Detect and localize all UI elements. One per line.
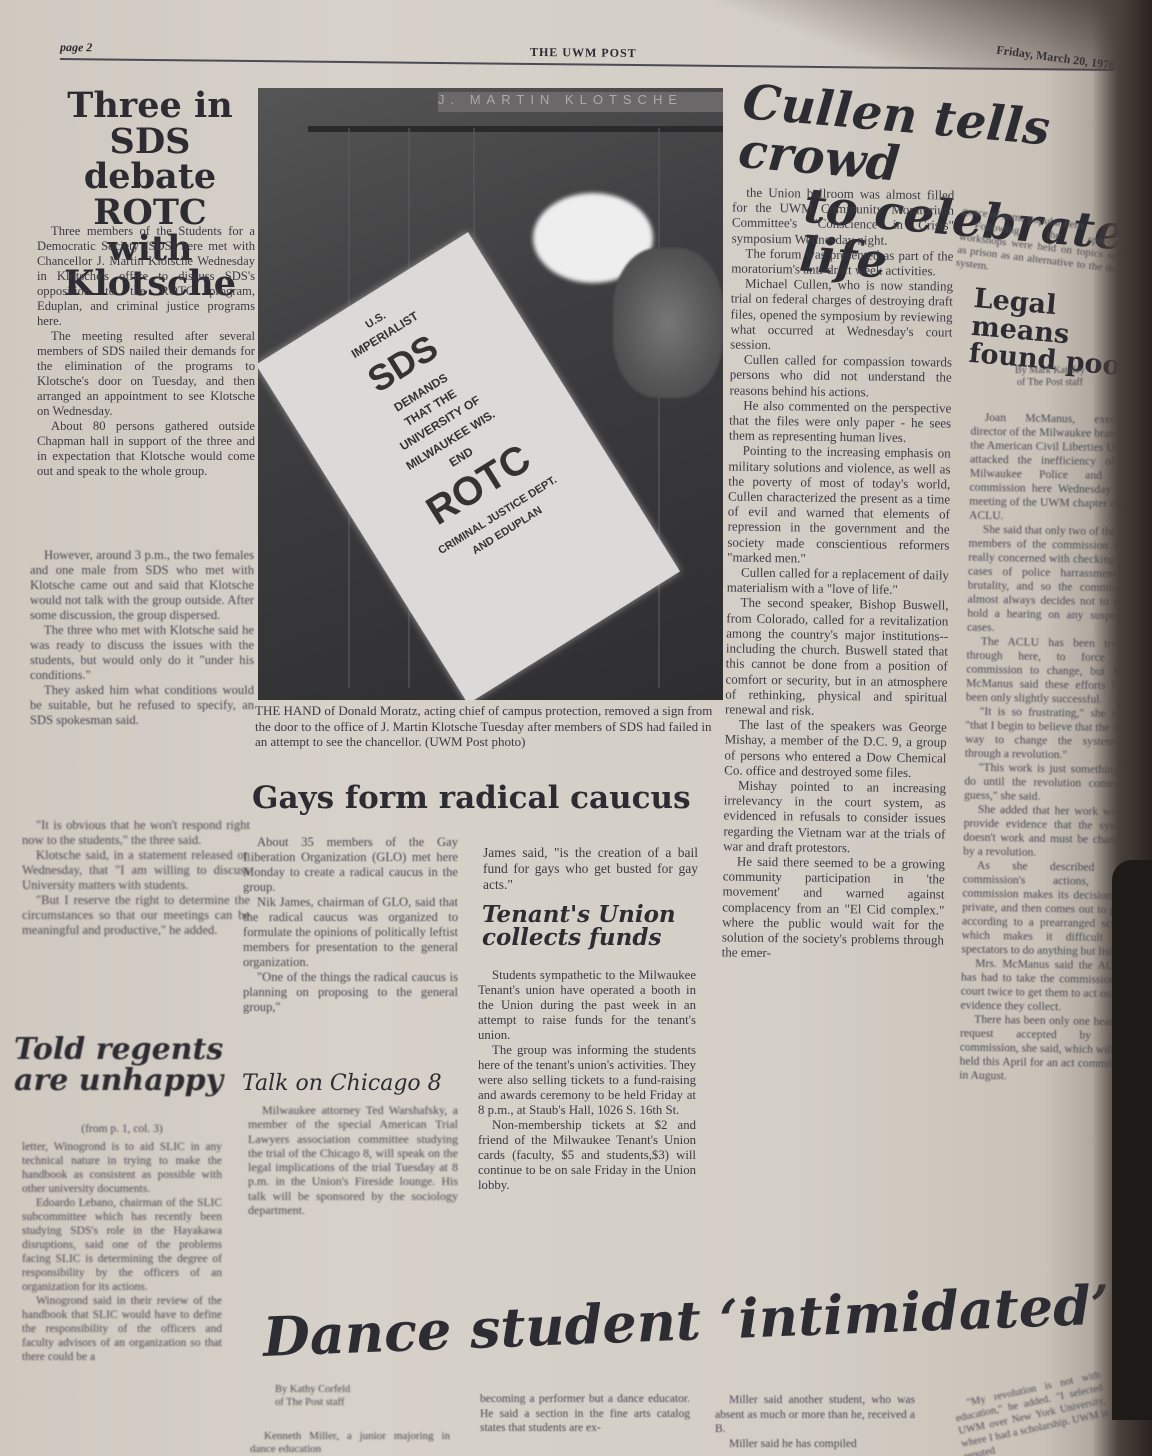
paragraph: Nik James, chairman of GLO, said that th…: [243, 895, 458, 970]
paragraph: The forum was presented as part of the m…: [731, 245, 953, 279]
article-tenants-body: Students sympathetic to the Milwaukee Te…: [478, 968, 696, 1193]
article-gays-col2: James said, "is the creation of a bail f…: [483, 845, 698, 893]
article-sds-body-cont: However, around 3 p.m., the two females …: [30, 548, 254, 728]
paragraph: He also commented on the perspective tha…: [729, 397, 952, 446]
paragraph: The last of the speakers was George Mish…: [724, 717, 947, 781]
paragraph: The three who met with Klotsche said he …: [30, 623, 254, 683]
door-frame: [308, 126, 723, 132]
byline-name: By Kathy Corfeld: [275, 1383, 385, 1396]
headline-tenants: Tenant's Union collects funds: [482, 903, 702, 950]
paragraph: About 80 persons gathered outside Chapma…: [37, 419, 255, 479]
legal-byline: By Mark Katzfey of The Post staff: [1000, 365, 1100, 389]
paragraph: Three members of the Students for a Demo…: [37, 224, 255, 329]
news-photo: J. MARTIN KLOTSCHE U.S. IMPERIALIST SDS …: [258, 88, 723, 700]
jump-line: (from p. 1, col. 3): [22, 1122, 222, 1136]
paragraph: "But I reserve the right to determine th…: [22, 893, 250, 938]
headline-line: collects funds: [482, 926, 702, 949]
byline-name: By Mark Katzfey: [1000, 365, 1100, 377]
page-curl-shadow: [715, 0, 1135, 70]
article-dance-col4: "My revolution is not with education," h…: [952, 1369, 1112, 1456]
paragraph: The meeting resulted after several membe…: [37, 329, 255, 419]
paragraph: Mishay pointed to an increasing irreleva…: [723, 777, 946, 856]
article-gays-col1: About 35 members of the Gay Liberation O…: [243, 835, 458, 1015]
paragraph: letter, Winogrond is to aid SLIC in any …: [22, 1140, 222, 1196]
photo-caption: THE HAND of Donald Moratz, acting chief …: [255, 703, 725, 750]
page-number: page 2: [60, 40, 92, 55]
paragraph: Winogrond said in their review of the ha…: [22, 1294, 222, 1364]
paragraph: Students sympathetic to the Milwaukee Te…: [478, 968, 696, 1043]
paragraph: About 35 members of the Gay Liberation O…: [243, 835, 458, 895]
paragraph: They asked him what conditions would be …: [30, 683, 254, 728]
paragraph: "My revolution is not with education," h…: [952, 1369, 1112, 1456]
byline-staff: of The Post staff: [1000, 377, 1100, 389]
article-dance-col1: Kenneth Miller, a junior majoring in dan…: [250, 1430, 450, 1456]
paragraph: Pointing to the increasing emphasis on m…: [727, 443, 951, 568]
paragraph: Milwaukee attorney Ted Warshafsky, a mem…: [248, 1103, 458, 1217]
headline-line: Tenant's Union: [482, 903, 702, 926]
article-chicago-body: Milwaukee attorney Ted Warshafsky, a mem…: [248, 1103, 458, 1217]
paragraph: The second speaker, Bishop Buswell, from…: [725, 595, 949, 720]
paragraph: However, around 3 p.m., the two females …: [30, 548, 254, 623]
article-sds-body: Three members of the Students for a Demo…: [37, 224, 255, 479]
paragraph: Edoardo Lebano, chairman of the SLIC sub…: [22, 1196, 222, 1294]
headline-line: Three in SDS: [40, 88, 260, 159]
paragraph: "One of the things the radical caucus is…: [243, 970, 458, 1015]
article-regents-body: (from p. 1, col. 3) letter, Winogrond is…: [22, 1122, 222, 1364]
article-cullen-col1: the Union ballroom was almost filled for…: [722, 184, 955, 962]
facing-page-photo: [1112, 860, 1152, 1420]
headline-chicago: Talk on Chicago 8: [242, 1073, 472, 1095]
paragraph: The group was informing the students her…: [478, 1043, 696, 1118]
paragraph: Klotsche said, in a statement released o…: [22, 848, 250, 893]
dance-byline: By Kathy Corfeld of The Post staff: [275, 1383, 385, 1409]
paragraph: Cullen called for a replacement of daily…: [727, 565, 949, 599]
paragraph: He said there seemed to be a growing com…: [722, 853, 945, 963]
headline-dance: Dance student ‘intimidated’: [262, 1277, 1123, 1365]
article-dance-col2: becoming a performer but a dance educato…: [480, 1392, 690, 1436]
paragraph: Kenneth Miller, a junior majoring in dan…: [250, 1430, 450, 1456]
article-dance-col3: Miller said another student, who was abs…: [715, 1393, 915, 1451]
paragraph: "It is obvious that he won't respond rig…: [22, 818, 250, 848]
paragraph: Cullen called for compassion towards per…: [729, 352, 952, 401]
paragraph: the Union ballroom was almost filled for…: [732, 184, 955, 248]
headline-line: are unhappy: [14, 1066, 244, 1097]
paragraph: James said, "is the creation of a bail f…: [483, 845, 698, 893]
door-grain: [658, 128, 660, 688]
paragraph: Miller said he has compiled: [715, 1437, 915, 1452]
paragraph: Michael Cullen, who is now standing tria…: [730, 276, 953, 355]
paragraph: becoming a performer but a dance educato…: [480, 1392, 690, 1436]
fur-cuff: [613, 248, 723, 398]
headline-line: debate ROTC: [40, 159, 260, 230]
door-nameplate: J. MARTIN KLOTSCHE: [438, 92, 723, 112]
headline-line: Told regents: [14, 1035, 244, 1066]
paragraph: Non-membership tickets at $2 and friend …: [478, 1118, 696, 1193]
headline-regents: Told regents are unhappy: [14, 1035, 244, 1096]
caption-text: of Donald Moratz, acting chief of campus…: [255, 703, 712, 749]
newspaper-page: page 2 THE UWM POST Friday, March 20, 19…: [0, 0, 1135, 1456]
article-sds-body-end: "It is obvious that he won't respond rig…: [22, 818, 250, 938]
caption-lead: THE HAND: [255, 703, 321, 718]
headline-gays: Gays form radical caucus: [252, 783, 712, 815]
paragraph: Miller said another student, who was abs…: [715, 1393, 915, 1437]
masthead: THE UWM POST: [530, 45, 637, 61]
byline-staff: of The Post staff: [275, 1396, 385, 1409]
